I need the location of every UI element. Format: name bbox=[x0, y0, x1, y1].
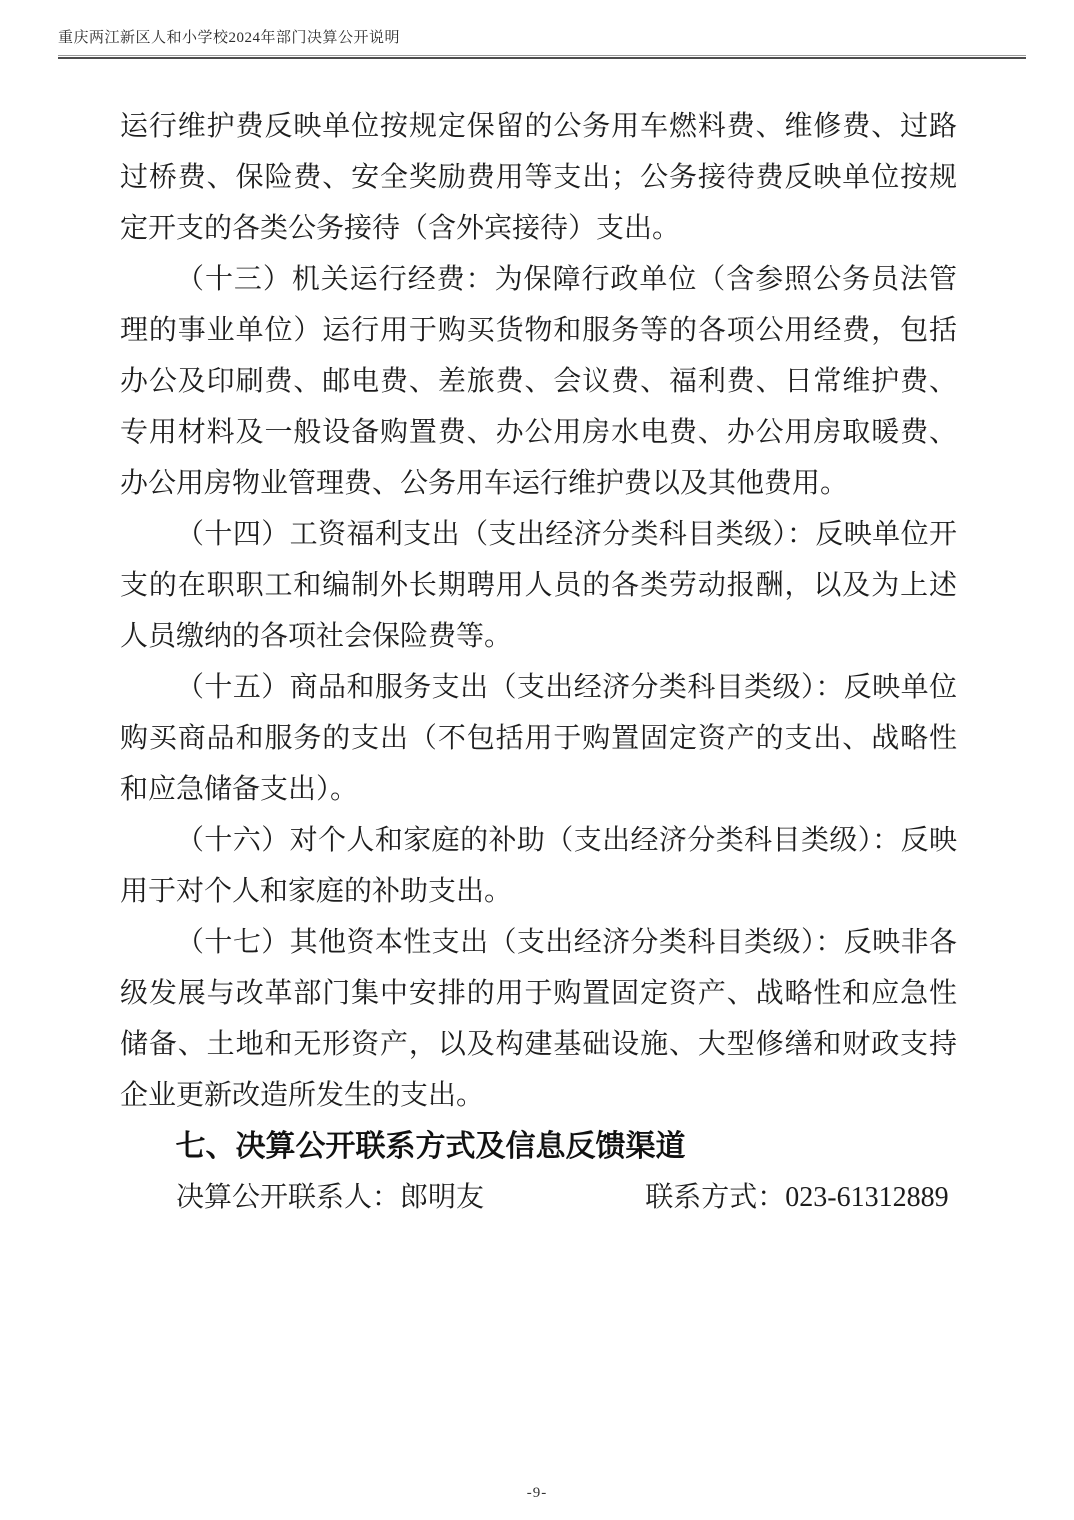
contact-person: 决算公开联系人：郎明友 bbox=[176, 1172, 484, 1223]
contact-phone: 联系方式：023-61312889 bbox=[645, 1172, 948, 1223]
paragraph-vehicle-maintenance: 运行维护费反映单位按规定保留的公务用车燃料费、维修费、过路过桥费、保险费、安全奖… bbox=[120, 101, 957, 254]
paragraph-15-goods-services-expense: （十五）商品和服务支出（支出经济分类科目类级）：反映单位购买商品和服务的支出（不… bbox=[120, 662, 957, 815]
paragraph-14-salary-welfare-expense: （十四）工资福利支出（支出经济分类科目类级）：反映单位开支的在职职工和编制外长期… bbox=[120, 509, 957, 662]
page-number: -9- bbox=[527, 1485, 548, 1501]
document-body: 运行维护费反映单位按规定保留的公务用车燃料费、维修费、过路过桥费、保险费、安全奖… bbox=[120, 101, 957, 1223]
section-heading-contact-info: 七、决算公开联系方式及信息反馈渠道 bbox=[120, 1121, 957, 1172]
page-header: 重庆两江新区人和小学校2024年部门决算公开说明 bbox=[58, 28, 1026, 59]
paragraph-13-agency-operating-expense: （十三）机关运行经费：为保障行政单位（含参照公务员法管理的事业单位）运行用于购买… bbox=[120, 254, 957, 509]
page-footer: -9- bbox=[0, 1484, 1074, 1502]
document-page: 重庆两江新区人和小学校2024年部门决算公开说明 运行维护费反映单位按规定保留的… bbox=[0, 0, 1074, 1520]
header-rule bbox=[58, 55, 1026, 59]
header-title: 重庆两江新区人和小学校2024年部门决算公开说明 bbox=[58, 28, 1026, 55]
paragraph-16-individual-family-subsidy: （十六）对个人和家庭的补助（支出经济分类科目类级）：反映用于对个人和家庭的补助支… bbox=[120, 815, 957, 917]
contact-line: 决算公开联系人：郎明友 联系方式：023-61312889 bbox=[120, 1172, 957, 1223]
paragraph-17-other-capital-expense: （十七）其他资本性支出（支出经济分类科目类级）：反映非各级发展与改革部门集中安排… bbox=[120, 917, 957, 1121]
